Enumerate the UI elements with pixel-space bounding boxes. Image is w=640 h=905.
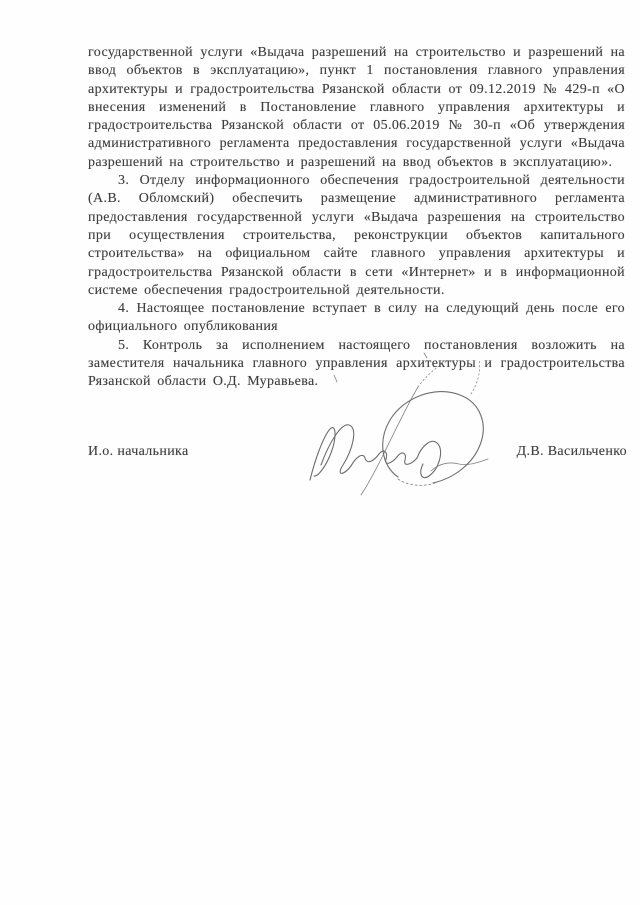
signatory-name: Д.В. Васильченко	[517, 444, 627, 460]
document-body: государственной услуги «Выдача разрешени…	[88, 44, 625, 392]
signature-block: И.о. начальника Д.В. Васильченко	[88, 444, 627, 460]
signatory-position: И.о. начальника	[88, 444, 189, 460]
scanned-document-page: государственной услуги «Выдача разрешени…	[0, 0, 640, 905]
paragraph-continuation: государственной услуги «Выдача разрешени…	[88, 44, 625, 172]
paragraph-item-3: 3. Отделу информационного обеспечения гр…	[88, 172, 625, 300]
paragraph-item-4: 4. Настоящее постановление вступает в си…	[88, 300, 625, 337]
paragraph-item-5: 5. Контроль за исполнением настоящего по…	[88, 337, 625, 392]
